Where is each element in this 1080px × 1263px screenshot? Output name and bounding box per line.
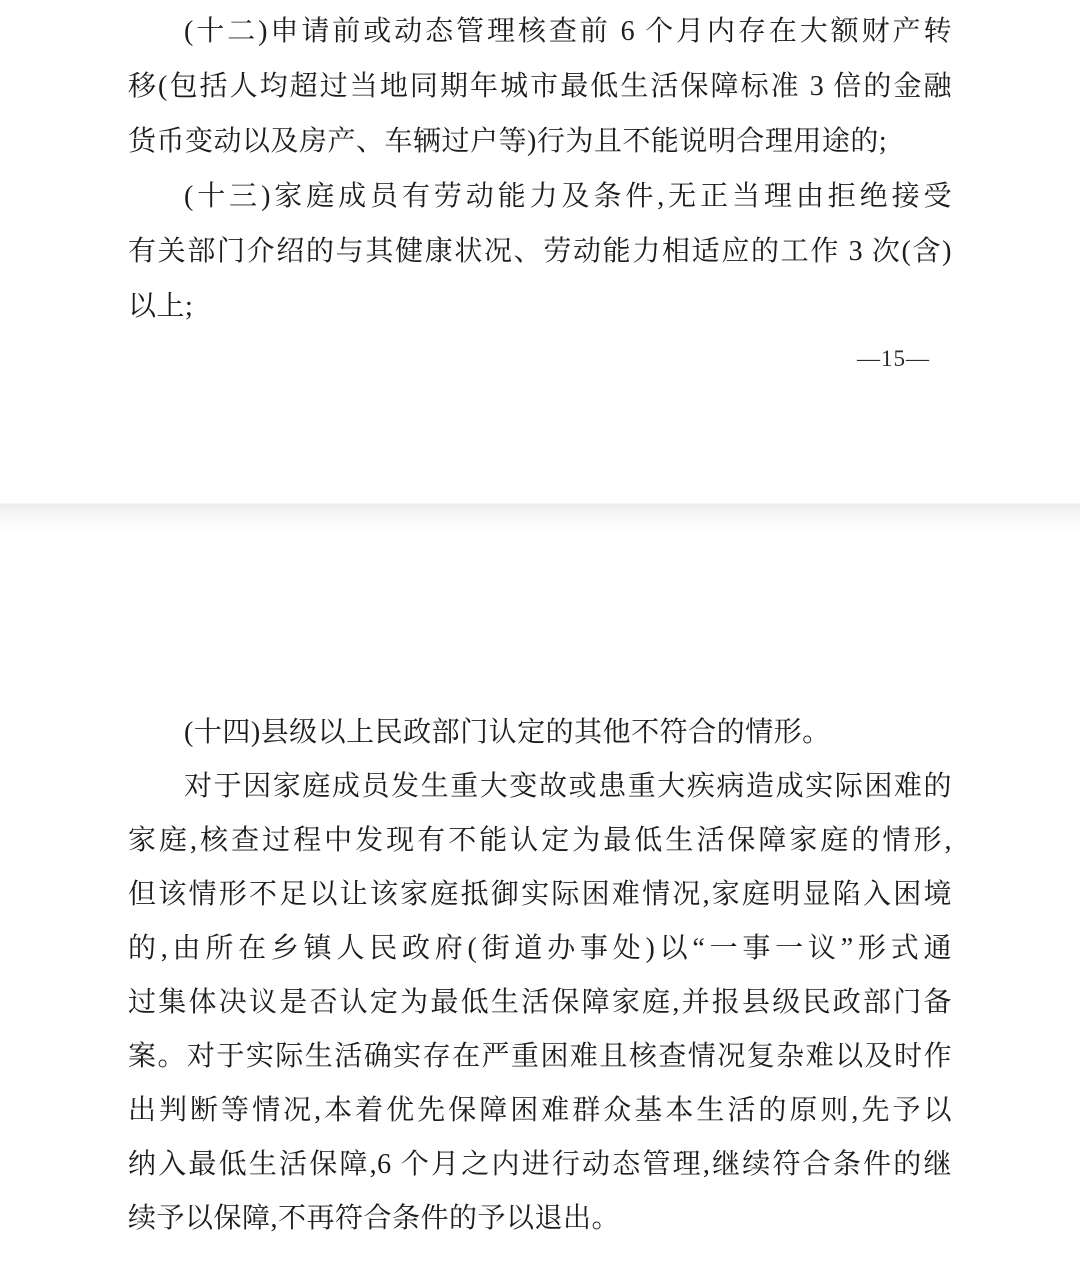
text-line: 过集体决议是否认定为最低生活保障家庭,并报县级民政部门备 (128, 976, 952, 1030)
document-page-15: (十二)申请前或动态管理核查前 6 个月内存在大额财产转 移(包括人均超过当地同… (0, 0, 1080, 503)
text-line: 纳入最低生活保障,6 个月之内进行动态管理,继续符合条件的继 (128, 1138, 952, 1192)
text-line: 有关部门介绍的与其健康状况、劳动能力相适应的工作 3 次(含) (128, 224, 952, 279)
text-line: 以上; (128, 279, 952, 334)
text-line: 移(包括人均超过当地同期年城市最低生活保障标准 3 倍的金融 (128, 59, 952, 114)
text-line: 但该情形不足以让该家庭抵御实际困难情况,家庭明显陷入困境 (128, 868, 952, 922)
text-line: 续予以保障,不再符合条件的予以退出。 (128, 1192, 952, 1246)
text-line: 案。对于实际生活确实存在严重困难且核查情况复杂难以及时作 (128, 1030, 952, 1084)
page-number: —15— (857, 344, 930, 374)
page-gap-divider (0, 503, 1080, 534)
text-line: 对于因家庭成员发生重大变故或患重大疾病造成实际困难的 (128, 760, 952, 814)
text-line: 家庭,核查过程中发现有不能认定为最低生活保障家庭的情形, (128, 814, 952, 868)
document-page-16: (十四)县级以上民政部门认定的其他不符合的情形。 对于因家庭成员发生重大变故或患… (0, 534, 1080, 1263)
text-line: (十四)县级以上民政部门认定的其他不符合的情形。 (128, 706, 952, 760)
text-line: 的,由所在乡镇人民政府(街道办事处)以“一事一议”形式通 (128, 922, 952, 976)
text-line: 货币变动以及房产、车辆过户等)行为且不能说明合理用途的; (128, 114, 952, 169)
document-scan: (十二)申请前或动态管理核查前 6 个月内存在大额财产转 移(包括人均超过当地同… (0, 0, 1080, 1263)
text-line: 出判断等情况,本着优先保障困难群众基本生活的原则,先予以 (128, 1084, 952, 1138)
text-line: (十三)家庭成员有劳动能力及条件,无正当理由拒绝接受 (128, 169, 952, 224)
text-line: (十二)申请前或动态管理核查前 6 个月内存在大额财产转 (128, 4, 952, 59)
